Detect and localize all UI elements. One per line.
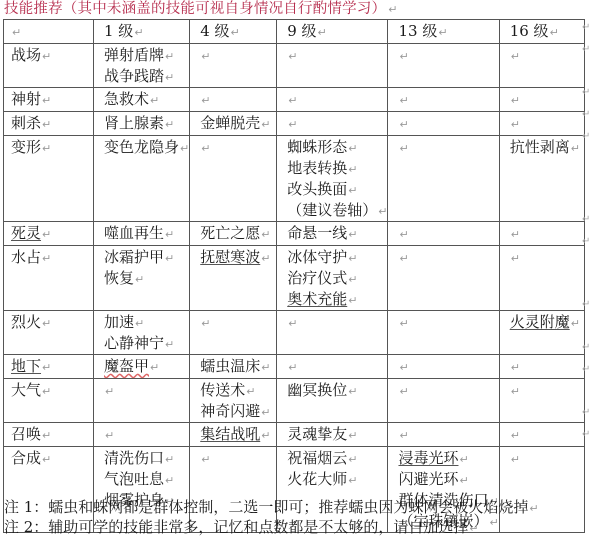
- table-row: 召唤↵↵集结战吼↵灵魂挚友↵↵↵: [4, 423, 585, 447]
- skill-cell: ↵: [499, 44, 584, 88]
- skill-recommendation-table: ↵1 级↵4 级↵9 级↵13 级↵16 级↵战场↵弹射盾牌↵战争践踏↵↵↵↵↵…: [3, 19, 585, 533]
- paragraph-mark-icon: ↵: [348, 385, 357, 398]
- skill-entry: 蠕虫温床↵: [200, 356, 276, 377]
- skill-cell: 肾上腺素↵: [94, 112, 190, 136]
- column-header-label: 13 级: [398, 22, 437, 40]
- skill-name: 清洗伤口: [104, 449, 164, 467]
- skill-cell: 灵魂挚友↵: [277, 423, 388, 447]
- school-cell: 召唤↵: [4, 423, 94, 447]
- school-cell: 烈火↵: [4, 311, 94, 355]
- school-name: 召唤: [11, 425, 41, 443]
- paragraph-mark-icon: ↵: [348, 228, 357, 241]
- skill-cell: ↵: [388, 136, 499, 222]
- skill-entry: 弹射盾牌↵: [104, 45, 189, 66]
- row-end-mark-icon: ↵: [582, 109, 590, 120]
- school-name: 神射: [11, 90, 41, 108]
- skill-entry: 祝福烟云↵: [287, 448, 387, 469]
- table-row: 神射↵急救术↵↵↵↵↵: [4, 88, 585, 112]
- school-cell: 死灵↵: [4, 222, 94, 246]
- skill-cell: ↵: [388, 112, 499, 136]
- paragraph-mark-icon: ↵: [246, 385, 255, 398]
- skill-name: 心静神宁: [104, 334, 164, 352]
- skill-cell: ↵: [277, 112, 388, 136]
- paragraph-mark-icon: ↵: [105, 429, 114, 442]
- paragraph-mark-icon: ↵: [348, 453, 357, 466]
- paragraph-mark-icon: ↵: [261, 228, 270, 241]
- paragraph-mark-icon: ↵: [399, 317, 408, 330]
- paragraph-mark-icon: ↵: [150, 361, 159, 374]
- paragraph-mark-icon: ↵: [165, 338, 174, 351]
- skill-entry: 地表转换↵: [287, 158, 387, 179]
- table-row: 地下↵魔盔甲↵蠕虫温床↵↵↵↵: [4, 355, 585, 379]
- paragraph-mark-icon: ↵: [288, 94, 297, 107]
- skill-name: 灵魂挚友: [287, 425, 347, 443]
- skill-name: 祝福烟云: [287, 449, 347, 467]
- row-end-mark-icon: ↵: [582, 236, 590, 247]
- paragraph-mark-icon: ↵: [399, 429, 408, 442]
- paragraph-mark-icon: ↵: [511, 228, 520, 241]
- paragraph-mark-icon: ↵: [348, 474, 357, 487]
- skill-cell: ↵: [190, 88, 277, 112]
- skill-entry: 魔盔甲↵: [104, 356, 189, 377]
- paragraph-mark-icon: ↵: [399, 252, 408, 265]
- table-row: 刺杀↵肾上腺素↵金蝉脱壳↵↵↵↵: [4, 112, 585, 136]
- skill-cell: ↵: [388, 311, 499, 355]
- table-row: 死灵↵噬血再生↵死亡之愿↵命悬一线↵↵↵: [4, 222, 585, 246]
- skill-name: 死亡之愿: [200, 224, 260, 242]
- skill-cell: 弹射盾牌↵战争践踏↵: [94, 44, 190, 88]
- school-name: 死灵: [11, 224, 41, 242]
- skill-cell: ↵: [499, 423, 584, 447]
- paragraph-mark-icon: ↵: [529, 502, 538, 515]
- paragraph-mark-icon: ↵: [348, 429, 357, 442]
- skill-name: 蠕虫温床: [200, 357, 260, 375]
- skill-cell: 加速↵心静神宁↵: [94, 311, 190, 355]
- school-cell: 刺杀↵: [4, 112, 94, 136]
- skill-cell: 冰体守护↵治疗仪式↵奥术充能↵: [277, 246, 388, 311]
- paragraph-mark-icon: ↵: [288, 50, 297, 63]
- paragraph-mark-icon: ↵: [42, 228, 51, 241]
- skill-cell: ↵: [388, 246, 499, 311]
- paragraph-mark-icon: ↵: [348, 294, 357, 307]
- skill-cell: ↵: [388, 379, 499, 423]
- skill-entry: 灵魂挚友↵: [287, 424, 387, 445]
- column-header: 13 级↵: [388, 20, 499, 44]
- table-row: 变形↵变色龙隐身↵↵蜘蛛形态↵地表转换↵改头换面↵（建议卷轴）↵↵抗性剥离↵: [4, 136, 585, 222]
- table-row: 大气↵↵传送术↵神奇闪避↵幽冥换位↵↵↵: [4, 379, 585, 423]
- note-1-text: 注 1：蠕虫和蛛网都是群体控制，二选一即可；推荐蠕虫因为蛛网会被火焰烧掉: [4, 498, 528, 516]
- school-cell: 神射↵: [4, 88, 94, 112]
- paragraph-mark-icon: ↵: [288, 118, 297, 131]
- skill-entry: 改头换面↵: [287, 179, 387, 200]
- skill-cell: 冰霜护甲↵恢复↵: [94, 246, 190, 311]
- skill-entry: 急救术↵: [104, 89, 189, 110]
- paragraph-mark-icon: ↵: [201, 142, 210, 155]
- paragraph-mark-icon: ↵: [165, 252, 174, 265]
- skill-entry: 清洗伤口↵: [104, 448, 189, 469]
- skill-name: 幽冥换位: [287, 381, 347, 399]
- paragraph-mark-icon: ↵: [571, 142, 580, 155]
- row-end-mark-icon: ↵: [582, 342, 590, 353]
- skill-cell: ↵: [277, 311, 388, 355]
- skill-name: 魔盔甲: [104, 357, 149, 375]
- skill-cell: ↵: [277, 88, 388, 112]
- skill-name: 战争践踏: [104, 67, 164, 85]
- skill-cell: ↵: [499, 379, 584, 423]
- paragraph-mark-icon: ↵: [399, 94, 408, 107]
- skill-entry: 神奇闪避↵: [200, 401, 276, 422]
- paragraph-mark-icon: ↵: [180, 142, 189, 155]
- skill-entry: 恢复↵: [104, 268, 189, 289]
- school-name: 地下: [11, 357, 41, 375]
- paragraph-mark-icon: ↵: [134, 26, 143, 39]
- skill-name: 治疗仪式: [287, 269, 347, 287]
- paragraph-mark-icon: ↵: [348, 252, 357, 265]
- paragraph-mark-icon: ↵: [388, 3, 397, 16]
- column-header-label: 9 级: [287, 22, 316, 40]
- column-header-label: 1 级: [104, 22, 133, 40]
- paragraph-mark-icon: ↵: [42, 453, 51, 466]
- skill-name: 急救术: [104, 90, 149, 108]
- paragraph-mark-icon: ↵: [42, 50, 51, 63]
- skill-cell: 传送术↵神奇闪避↵: [190, 379, 277, 423]
- note-2-text: 注 2：辅助可学的技能非常多，记忆和点数都是不太够的，请自加选择: [4, 518, 468, 536]
- skill-name: 金蝉脱壳: [200, 114, 260, 132]
- skill-entry: 治疗仪式↵: [287, 268, 387, 289]
- paragraph-mark-icon: ↵: [511, 429, 520, 442]
- skill-cell: 急救术↵: [94, 88, 190, 112]
- skill-name: 蜘蛛形态: [287, 138, 347, 156]
- skill-name: 噬血再生: [104, 224, 164, 242]
- skill-name: 恢复: [104, 269, 134, 287]
- row-end-mark-icon: ↵: [582, 87, 590, 98]
- skill-cell: 蜘蛛形态↵地表转换↵改头换面↵（建议卷轴）↵: [277, 136, 388, 222]
- skill-entry: 火花大师↵: [287, 469, 387, 490]
- column-header: 9 级↵: [277, 20, 388, 44]
- paragraph-mark-icon: ↵: [105, 385, 114, 398]
- paragraph-mark-icon: ↵: [511, 118, 520, 131]
- paragraph-mark-icon: ↵: [511, 453, 520, 466]
- paragraph-mark-icon: ↵: [399, 361, 408, 374]
- skill-name: 神奇闪避: [200, 402, 260, 420]
- skill-cell: ↵: [499, 88, 584, 112]
- paragraph-mark-icon: ↵: [165, 474, 174, 487]
- paragraph-mark-icon: ↵: [261, 361, 270, 374]
- paragraph-mark-icon: ↵: [459, 474, 468, 487]
- column-header-label: 16 级: [510, 22, 549, 40]
- paragraph-mark-icon: ↵: [399, 118, 408, 131]
- paragraph-mark-icon: ↵: [288, 317, 297, 330]
- skill-cell: ↵: [499, 447, 584, 533]
- skill-entry: 火灵附魔↵: [510, 312, 584, 333]
- paragraph-mark-icon: ↵: [511, 361, 520, 374]
- skill-entry: 蜘蛛形态↵: [287, 137, 387, 158]
- paragraph-mark-icon: ↵: [399, 385, 408, 398]
- skill-cell: ↵: [94, 423, 190, 447]
- skill-cell: 变色龙隐身↵: [94, 136, 190, 222]
- paragraph-mark-icon: ↵: [550, 26, 559, 39]
- school-cell: 水占↵: [4, 246, 94, 311]
- skill-cell: ↵: [388, 44, 499, 88]
- skill-name: （建议卷轴）: [287, 201, 377, 219]
- skill-cell: ↵: [388, 222, 499, 246]
- paragraph-mark-icon: ↵: [165, 453, 174, 466]
- skill-cell: 抚慰寒波↵: [190, 246, 277, 311]
- skill-name: 火灵附魔: [510, 313, 570, 331]
- skill-entry: 集结战吼↵: [200, 424, 276, 445]
- paragraph-mark-icon: ↵: [571, 317, 580, 330]
- paragraph-mark-icon: ↵: [348, 142, 357, 155]
- skill-name: 改头换面: [287, 180, 347, 198]
- note-1: 注 1：蠕虫和蛛网都是群体控制，二选一即可；推荐蠕虫因为蛛网会被火焰烧掉↵: [4, 497, 539, 519]
- school-name: 刺杀: [11, 114, 41, 132]
- skill-name: 冰体守护: [287, 248, 347, 266]
- paragraph-mark-icon: ↵: [511, 94, 520, 107]
- skill-name: 闪避光环: [398, 470, 458, 488]
- paragraph-mark-icon: ↵: [42, 385, 51, 398]
- paragraph-mark-icon: ↵: [469, 522, 478, 535]
- skill-cell: ↵: [499, 222, 584, 246]
- paragraph-mark-icon: ↵: [42, 142, 51, 155]
- paragraph-mark-icon: ↵: [261, 252, 270, 265]
- skill-entry: 浸毒光环↵: [398, 448, 498, 469]
- skill-cell: ↵: [388, 355, 499, 379]
- paragraph-mark-icon: ↵: [459, 453, 468, 466]
- skill-name: 传送术: [200, 381, 245, 399]
- paragraph-mark-icon: ↵: [399, 50, 408, 63]
- skill-name: 浸毒光环: [398, 449, 458, 467]
- paragraph-mark-icon: ↵: [201, 94, 210, 107]
- school-name: 变形: [11, 138, 41, 156]
- paragraph-mark-icon: ↵: [399, 142, 408, 155]
- skill-entry: 奥术充能↵: [287, 289, 387, 310]
- skill-entry: 心静神宁↵: [104, 333, 189, 354]
- skill-name: 弹射盾牌: [104, 46, 164, 64]
- paragraph-mark-icon: ↵: [378, 205, 387, 218]
- table-row: 战场↵弹射盾牌↵战争践踏↵↵↵↵↵: [4, 44, 585, 88]
- column-header: 1 级↵: [94, 20, 190, 44]
- table-row: 水占↵冰霜护甲↵恢复↵抚慰寒波↵冰体守护↵治疗仪式↵奥术充能↵↵↵: [4, 246, 585, 311]
- paragraph-mark-icon: ↵: [42, 94, 51, 107]
- skill-cell: 噬血再生↵: [94, 222, 190, 246]
- row-end-mark-icon: ↵: [582, 22, 590, 33]
- school-name: 战场: [11, 46, 41, 64]
- skill-entry: （建议卷轴）↵: [287, 200, 387, 221]
- skill-cell: ↵: [499, 112, 584, 136]
- paragraph-mark-icon: ↵: [135, 273, 144, 286]
- skill-cell: ↵: [94, 379, 190, 423]
- skill-cell: ↵: [190, 44, 277, 88]
- paragraph-mark-icon: ↵: [165, 50, 174, 63]
- skill-name: 变色龙隐身: [104, 138, 179, 156]
- paragraph-mark-icon: ↵: [348, 184, 357, 197]
- paragraph-mark-icon: ↵: [42, 252, 51, 265]
- skill-entry: 幽冥换位↵: [287, 380, 387, 401]
- paragraph-mark-icon: ↵: [42, 361, 51, 374]
- paragraph-mark-icon: ↵: [511, 385, 520, 398]
- skill-name: 抗性剥离: [510, 138, 570, 156]
- skill-cell: 魔盔甲↵: [94, 355, 190, 379]
- skill-cell: 集结战吼↵: [190, 423, 277, 447]
- skill-cell: 抗性剥离↵: [499, 136, 584, 222]
- paragraph-mark-icon: ↵: [42, 118, 51, 131]
- paragraph-mark-icon: ↵: [165, 228, 174, 241]
- school-cell: 战场↵: [4, 44, 94, 88]
- note-2: 注 2：辅助可学的技能非常多，记忆和点数都是不太够的，请自加选择↵: [4, 517, 479, 538]
- row-end-mark-icon: ↵: [582, 214, 590, 225]
- paragraph-mark-icon: ↵: [511, 50, 520, 63]
- skill-name: 加速: [104, 313, 134, 331]
- skill-cell: ↵: [388, 423, 499, 447]
- skill-cell: ↵: [190, 136, 277, 222]
- paragraph-mark-icon: ↵: [318, 26, 327, 39]
- document-title: 技能推荐（其中未涵盖的技能可视自身情况自行酌情学习）↵: [4, 0, 398, 18]
- school-cell: 变形↵: [4, 136, 94, 222]
- skill-entry: 冰霜护甲↵: [104, 247, 189, 268]
- column-header: 16 级↵: [499, 20, 584, 44]
- skill-entry: 肾上腺素↵: [104, 113, 189, 134]
- paragraph-mark-icon: ↵: [288, 361, 297, 374]
- school-name: 大气: [11, 381, 41, 399]
- paragraph-mark-icon: ↵: [135, 317, 144, 330]
- paragraph-mark-icon: ↵: [201, 317, 210, 330]
- title-text: 技能推荐（其中未涵盖的技能可视自身情况自行酌情学习）: [4, 1, 386, 17]
- skill-cell: 蠕虫温床↵: [190, 355, 277, 379]
- skill-cell: ↵: [499, 246, 584, 311]
- skill-entry: 传送术↵: [200, 380, 276, 401]
- skill-name: 抚慰寒波: [200, 248, 260, 266]
- paragraph-mark-icon: ↵: [261, 429, 270, 442]
- skill-entry: 死亡之愿↵: [200, 223, 276, 244]
- skill-cell: ↵: [499, 355, 584, 379]
- paragraph-mark-icon: ↵: [42, 429, 51, 442]
- row-end-mark-icon: ↵: [582, 131, 590, 142]
- skill-entry: 变色龙隐身↵: [104, 137, 189, 158]
- column-header: ↵: [4, 20, 94, 44]
- paragraph-mark-icon: ↵: [399, 228, 408, 241]
- paragraph-mark-icon: ↵: [165, 118, 174, 131]
- skill-entry: 抗性剥离↵: [510, 137, 584, 158]
- skill-name: 冰霜护甲: [104, 248, 164, 266]
- skill-cell: ↵: [190, 311, 277, 355]
- paragraph-mark-icon: ↵: [348, 163, 357, 176]
- skill-entry: 噬血再生↵: [104, 223, 189, 244]
- skill-name: 火花大师: [287, 470, 347, 488]
- skill-name: 集结战吼: [200, 425, 260, 443]
- skill-cell: 火灵附魔↵: [499, 311, 584, 355]
- row-end-mark-icon: ↵: [582, 299, 590, 310]
- paragraph-mark-icon: ↵: [42, 317, 51, 330]
- table-row: 烈火↵加速↵心静神宁↵↵↵↵火灵附魔↵: [4, 311, 585, 355]
- skill-entry: 闪避光环↵: [398, 469, 498, 490]
- row-end-mark-icon: ↵: [582, 429, 590, 440]
- school-name: 水占: [11, 248, 41, 266]
- skill-entry: 加速↵: [104, 312, 189, 333]
- row-end-mark-icon: ↵: [582, 364, 590, 375]
- row-end-mark-icon: ↵: [582, 407, 590, 418]
- paragraph-mark-icon: ↵: [438, 26, 447, 39]
- skill-cell: ↵: [277, 355, 388, 379]
- paragraph-mark-icon: ↵: [511, 252, 520, 265]
- skill-name: 奥术充能: [287, 290, 347, 308]
- skill-entry: 冰体守护↵: [287, 247, 387, 268]
- skill-entry: 气泡吐息↵: [104, 469, 189, 490]
- column-header-label: 4 级: [200, 22, 229, 40]
- skill-entry: 命悬一线↵: [287, 223, 387, 244]
- paragraph-mark-icon: ↵: [165, 71, 174, 84]
- skill-cell: 命悬一线↵: [277, 222, 388, 246]
- skill-name: 地表转换: [287, 159, 347, 177]
- school-name: 烈火: [11, 313, 41, 331]
- skill-name: 命悬一线: [287, 224, 347, 242]
- paragraph-mark-icon: ↵: [12, 26, 21, 39]
- skill-cell: 死亡之愿↵: [190, 222, 277, 246]
- paragraph-mark-icon: ↵: [150, 94, 159, 107]
- school-cell: 大气↵: [4, 379, 94, 423]
- skill-cell: ↵: [388, 88, 499, 112]
- skill-name: 气泡吐息: [104, 470, 164, 488]
- paragraph-mark-icon: ↵: [261, 406, 270, 419]
- skill-cell: 幽冥换位↵: [277, 379, 388, 423]
- skill-entry: 金蝉脱壳↵: [200, 113, 276, 134]
- paragraph-mark-icon: ↵: [231, 26, 240, 39]
- header-row: ↵1 级↵4 级↵9 级↵13 级↵16 级↵: [4, 20, 585, 44]
- skill-cell: 金蝉脱壳↵: [190, 112, 277, 136]
- skill-entry: 抚慰寒波↵: [200, 247, 276, 268]
- skill-name: 肾上腺素: [104, 114, 164, 132]
- school-cell: 地下↵: [4, 355, 94, 379]
- paragraph-mark-icon: ↵: [348, 273, 357, 286]
- row-end-mark-icon: ↵: [582, 44, 590, 55]
- column-header: 4 级↵: [190, 20, 277, 44]
- skill-entry: 战争践踏↵: [104, 66, 189, 87]
- paragraph-mark-icon: ↵: [261, 118, 270, 131]
- skill-cell: ↵: [277, 44, 388, 88]
- paragraph-mark-icon: ↵: [201, 50, 210, 63]
- school-name: 合成: [11, 449, 41, 467]
- paragraph-mark-icon: ↵: [201, 453, 210, 466]
